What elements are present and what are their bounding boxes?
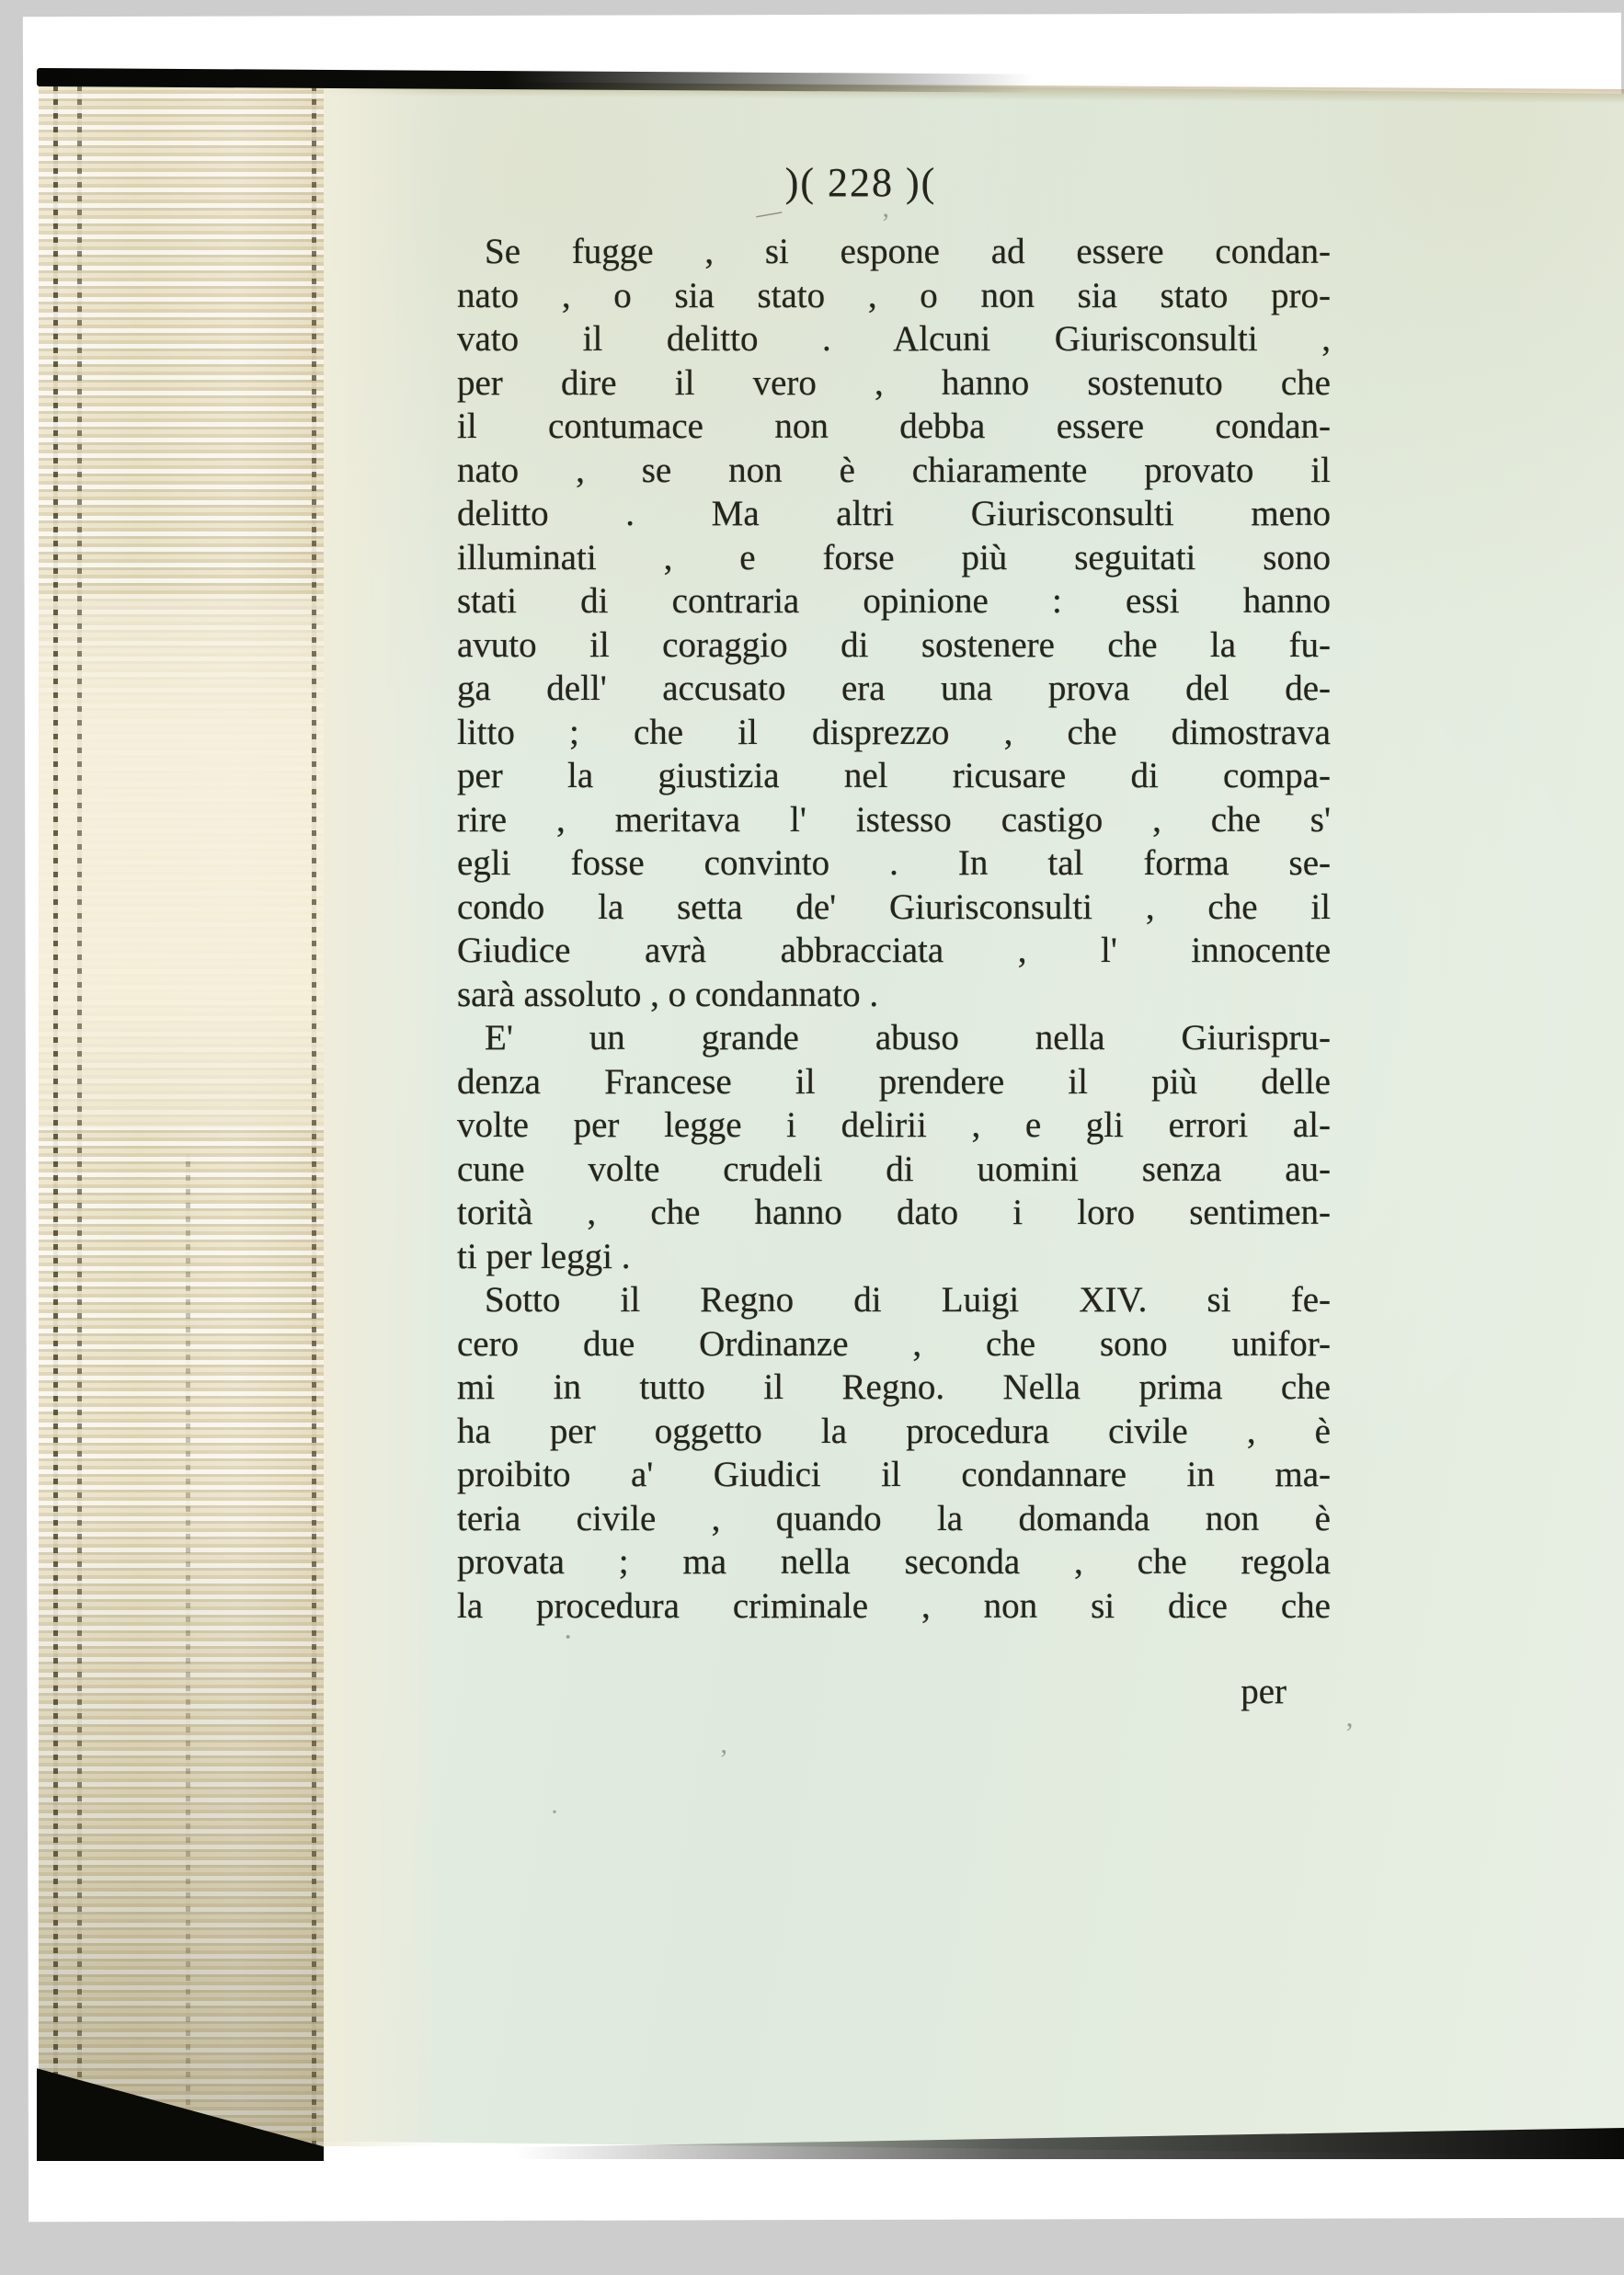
text-line: delitto . Ma altri Giurisconsulti meno	[457, 492, 1331, 536]
text-line: mi in tutto il Regno. Nella prima che	[457, 1366, 1331, 1410]
text-line: Giudice avrà abbracciata , l' innocente	[457, 929, 1331, 973]
text-line: E' un grande abuso nella Giurispru-	[457, 1016, 1331, 1060]
text-line: la procedura criminale , non si dice che	[457, 1584, 1331, 1629]
text-line: cune volte crudeli di uomini senza au-	[457, 1148, 1331, 1192]
stitch-thread	[312, 79, 316, 2146]
text-line: il contumace non debba essere condan-	[457, 405, 1331, 449]
stitch-thread	[77, 79, 82, 2146]
text-line: ti per leggi .	[457, 1235, 1331, 1279]
text-line: per la giustizia nel ricusare di compa-	[457, 754, 1331, 798]
text-line: Se fugge , si espone ad essere condan-	[457, 230, 1331, 274]
text-line: cero due Ordinanze , che sono unifor-	[457, 1322, 1331, 1366]
text-line: stati di contraria opinione : essi hanno	[457, 579, 1331, 623]
text-lines: Se fugge , si espone ad essere condan-na…	[457, 230, 1331, 1714]
text-line: ga dell' accusato era una prova del de-	[457, 667, 1331, 711]
text-line: denza Francese il prendere il più delle	[457, 1060, 1331, 1104]
text-line: vato il delitto . Alcuni Giurisconsulti …	[457, 317, 1331, 361]
text-line: sarà assoluto , o condannato .	[457, 973, 1331, 1017]
text-line: proibito a' Giudici il condannare in ma-	[457, 1453, 1331, 1497]
text-line: nato , se non è chiaramente provato il	[457, 449, 1331, 493]
text-block: )( 228 )( Se fugge , si espone ad essere…	[457, 160, 1331, 1714]
text-line: egli fosse convinto . In tal forma se-	[457, 841, 1331, 886]
text-line: per	[457, 1670, 1331, 1714]
binding-page-edges	[39, 79, 324, 2146]
text-line: provata ; ma nella seconda , che regola	[457, 1540, 1331, 1584]
stitch-thread	[186, 1154, 190, 2146]
text-line: rire , meritava l' istesso castigo , che…	[457, 798, 1331, 842]
gutter-highlight	[324, 79, 443, 2146]
text-line: teria civile , quando la domanda non è	[457, 1497, 1331, 1541]
scanned-book-spread: { "page": { "header": ")( 228 )(", "line…	[0, 0, 1624, 2275]
text-line: avuto il coraggio di sostenere che la fu…	[457, 623, 1331, 668]
text-line: volte per legge i delirii , e gli errori…	[457, 1103, 1331, 1148]
text-line: condo la setta de' Giurisconsulti , che …	[457, 886, 1331, 930]
text-line: illuminati , e forse più seguitati sono	[457, 536, 1331, 580]
stitch-thread	[53, 79, 58, 2146]
text-line: nato , o sia stato , o non sia stato pro…	[457, 274, 1331, 318]
page-number-header: )( 228 )(	[424, 160, 1298, 206]
text-line: ha per oggetto la procedura civile , è	[457, 1410, 1331, 1454]
text-line: Sotto il Regno di Luigi XIV. si fe-	[457, 1278, 1331, 1322]
text-line: torità , che hanno dato i loro sentimen-	[457, 1191, 1331, 1235]
text-line: per dire il vero , hanno sostenuto che	[457, 361, 1331, 406]
text-line: litto ; che il disprezzo , che dimostrav…	[457, 711, 1331, 755]
